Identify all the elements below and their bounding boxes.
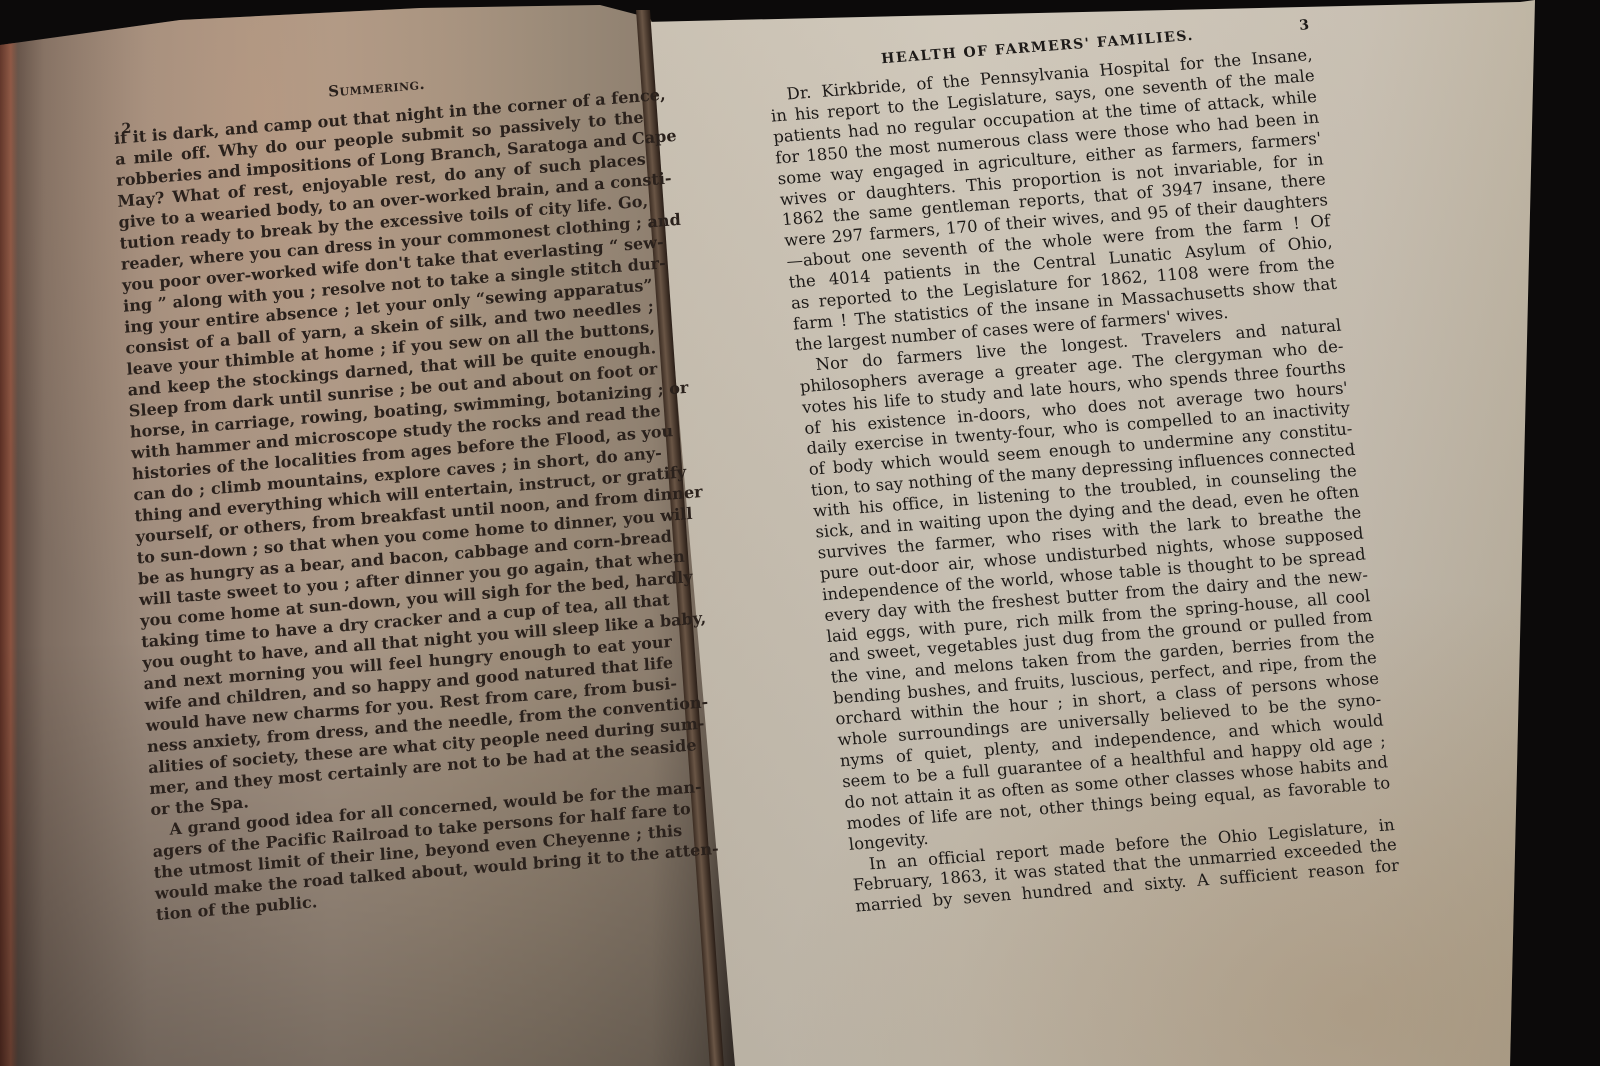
- body-text: if it is dark, and camp out that night i…: [114, 85, 685, 925]
- left-page-text: Summering. 2 if it is dark, and camp out…: [112, 57, 685, 925]
- open-book-photo: Summering. 2 if it is dark, and camp out…: [0, 0, 1600, 1066]
- page-number: 3: [1299, 17, 1310, 34]
- right-page-text: Health of Farmers' Families. 3 Dr. Kirkb…: [765, 19, 1400, 918]
- page-edge: [0, 40, 18, 1066]
- page-number: 2: [121, 121, 132, 138]
- body-text: Dr. Kirkbride, of the Pennsylvania Hospi…: [768, 45, 1400, 918]
